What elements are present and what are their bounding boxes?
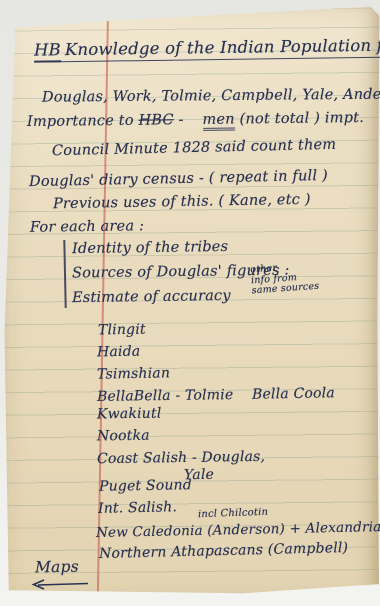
title-text: Knowledge of the Indian Population figs xyxy=(65,35,380,59)
tribe-row-tlingit: Tlingit xyxy=(98,322,146,339)
importance-post: (not total ) impt. xyxy=(235,110,364,128)
area-item-estimate: Estimate of accuracy xyxy=(72,288,231,306)
tribe-row-int-salish: Int. Salish. xyxy=(98,499,177,517)
names-line: Douglas, Work, Tolmie, Campbell, Yale, A… xyxy=(42,86,380,105)
tribe-row-nootka: Nootka xyxy=(97,428,150,445)
for-each-area-heading: For each area : xyxy=(30,218,144,236)
tribe-row-haida: Haida xyxy=(97,344,141,361)
tribe-row-kwakiutl: Kwakiutl xyxy=(97,406,162,423)
area-item-identity: Identity of the tribes xyxy=(72,239,228,257)
title-hb-abbrev: HB xyxy=(34,40,61,62)
tribe-row-coast-salish: Coast Salish - Douglas, xyxy=(97,449,265,467)
tribe-row-bellabella: BellaBella - Tolmie xyxy=(97,387,234,405)
maps-label: Maps xyxy=(35,558,79,577)
tribe-row-tsimshian: Tsimshian xyxy=(97,365,170,382)
tribe-row-bellacoola-note: Bella Coola xyxy=(252,385,335,402)
side-note: other info from same sources xyxy=(250,261,320,297)
importance-pre: Importance to xyxy=(27,113,139,130)
importance-dash: - xyxy=(174,112,189,128)
tribe-row-puget-sound: Puget Sound xyxy=(99,477,192,495)
scanned-note-page: HBKnowledge of the Indian Population fig… xyxy=(0,0,380,606)
importance-men-underlined: men xyxy=(202,112,235,131)
importance-struck-hbc: HBC xyxy=(138,112,173,128)
maps-underline-arrow-icon xyxy=(28,578,90,590)
